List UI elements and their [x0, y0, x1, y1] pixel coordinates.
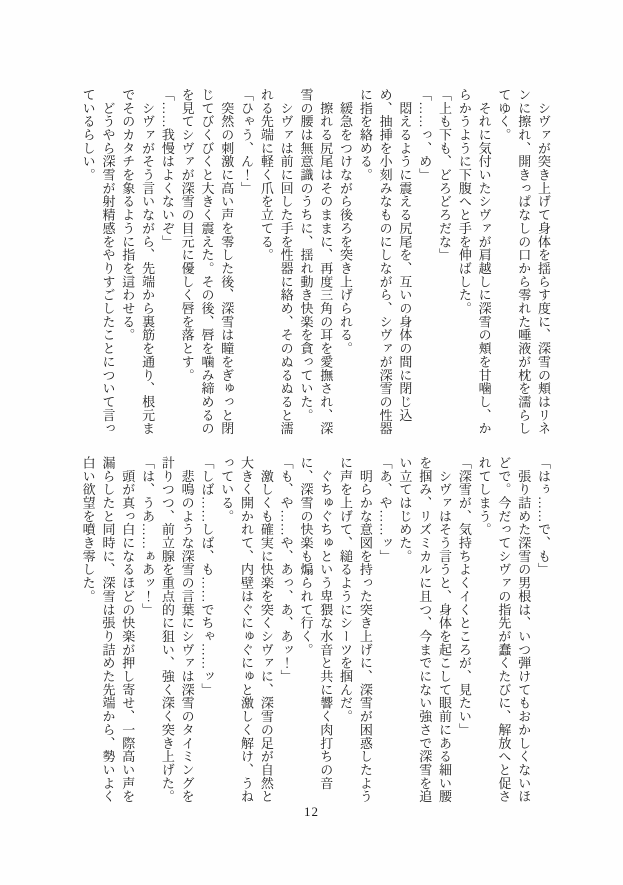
paragraph: シヴァはそう言うと、身体を起こして眼前にある細い腰を掴み、リズミカルに且つ、今ま… — [395, 456, 454, 807]
paragraph: 悲鳴のような深雪の言葉にシヴァは深雪のタイミングを計りつつ、前立腺を重点的に狙い… — [157, 456, 197, 807]
paragraph: シヴァが突き上げて身体を揺らす度に、深雪の頬はリネンに擦れ、開きっぱなしの口から… — [494, 88, 553, 439]
paragraph: どうやら深雪が射精感をやりすごしたことについて言っているらしい。 — [78, 88, 118, 439]
dialogue-line: 「も、や……や、あっ、あ、あッ！」 — [276, 456, 296, 807]
dialogue-line: 「……我慢はよくないぞ」 — [157, 88, 177, 439]
paragraph: 緩急をつけながら後ろを突き上げられる。 — [335, 88, 355, 439]
dialogue-line: 「ひゃう、ん！」 — [236, 88, 256, 439]
page-number: 12 — [0, 804, 623, 820]
paragraph: シヴァがそう言いながら、先端から裏筋を通り、根元までそのカタチを象るように指を這… — [117, 88, 157, 439]
manuscript-page: シヴァが突き上げて身体を揺らす度に、深雪の頬はリネンに擦れ、開きっぱなしの口から… — [0, 0, 623, 885]
dialogue-line: 「深雪が、気持ちよくイくところが、見たい」 — [454, 456, 474, 807]
dialogue-line: 「しば……しば、も……でちゃ……ッ」 — [197, 456, 217, 807]
dialogue-line: 「……っ、め」 — [414, 88, 434, 439]
paragraph: それに気付いたシヴァが肩越しに深雪の頬を甘噛し、からかうように下腹へと手を伸ばし… — [454, 88, 494, 439]
paragraph: 擦れる尻尾はそのままに、再度三角の耳を愛撫され、深雪の腰は無意識のうちに、揺れ動… — [296, 88, 336, 439]
dialogue-line: 「あ、や……ッ」 — [375, 456, 395, 807]
paragraph: 激しくも確実に快楽を突くシヴァに、深雪の足が自然と大きく開かれて、内壁はぐにゅぐ… — [216, 456, 275, 807]
paragraph: シヴァは前に回した手を性器に絡め、そのぬるぬると濡れる先端に軽く爪を立てる。 — [256, 88, 296, 439]
paragraph: 明らかな意図を持った突き上げに、深雪が困惑したように声を上げて、縋るようにシーツ… — [335, 456, 375, 807]
dialogue-line: 「はぅ……で、も」 — [533, 456, 553, 807]
dialogue-line: 「は、うあ……ぁあッ！」 — [137, 456, 157, 807]
paragraph: 悶えるように震える尻尾を、互いの身体の間に閉じ込め、抽挿を小刻みなものにしながら… — [355, 88, 414, 439]
paragraph: 突然の刺激に高い声を零した後、深雪は瞳をぎゅっと閉じてびくびくと大きく震えた。そ… — [177, 88, 236, 439]
paragraph: ぐちゅぐちゅという卑猥な水音と共に響く肉打ちの音に、深雪の快楽も煽られて行く。 — [296, 456, 336, 807]
text-block-top: シヴァが突き上げて身体を揺らす度に、深雪の頬はリネンに擦れ、開きっぱなしの口から… — [78, 88, 553, 439]
paragraph: 張り詰めた深雪の男根は、いつ弾けてもおかしくないほどで。今だってシヴァの指先が蠢… — [474, 456, 533, 807]
dialogue-line: 「上も下も、どろどろだな」 — [434, 88, 454, 439]
text-block-bottom: 「はぅ……で、も」 張り詰めた深雪の男根は、いつ弾けてもおかしくないほどで。今だ… — [78, 456, 553, 807]
paragraph: 頭が真っ白になるほどの快楽が押し寄せ、一際高い声を漏らしたと同時に、深雪は張り詰… — [78, 456, 137, 807]
